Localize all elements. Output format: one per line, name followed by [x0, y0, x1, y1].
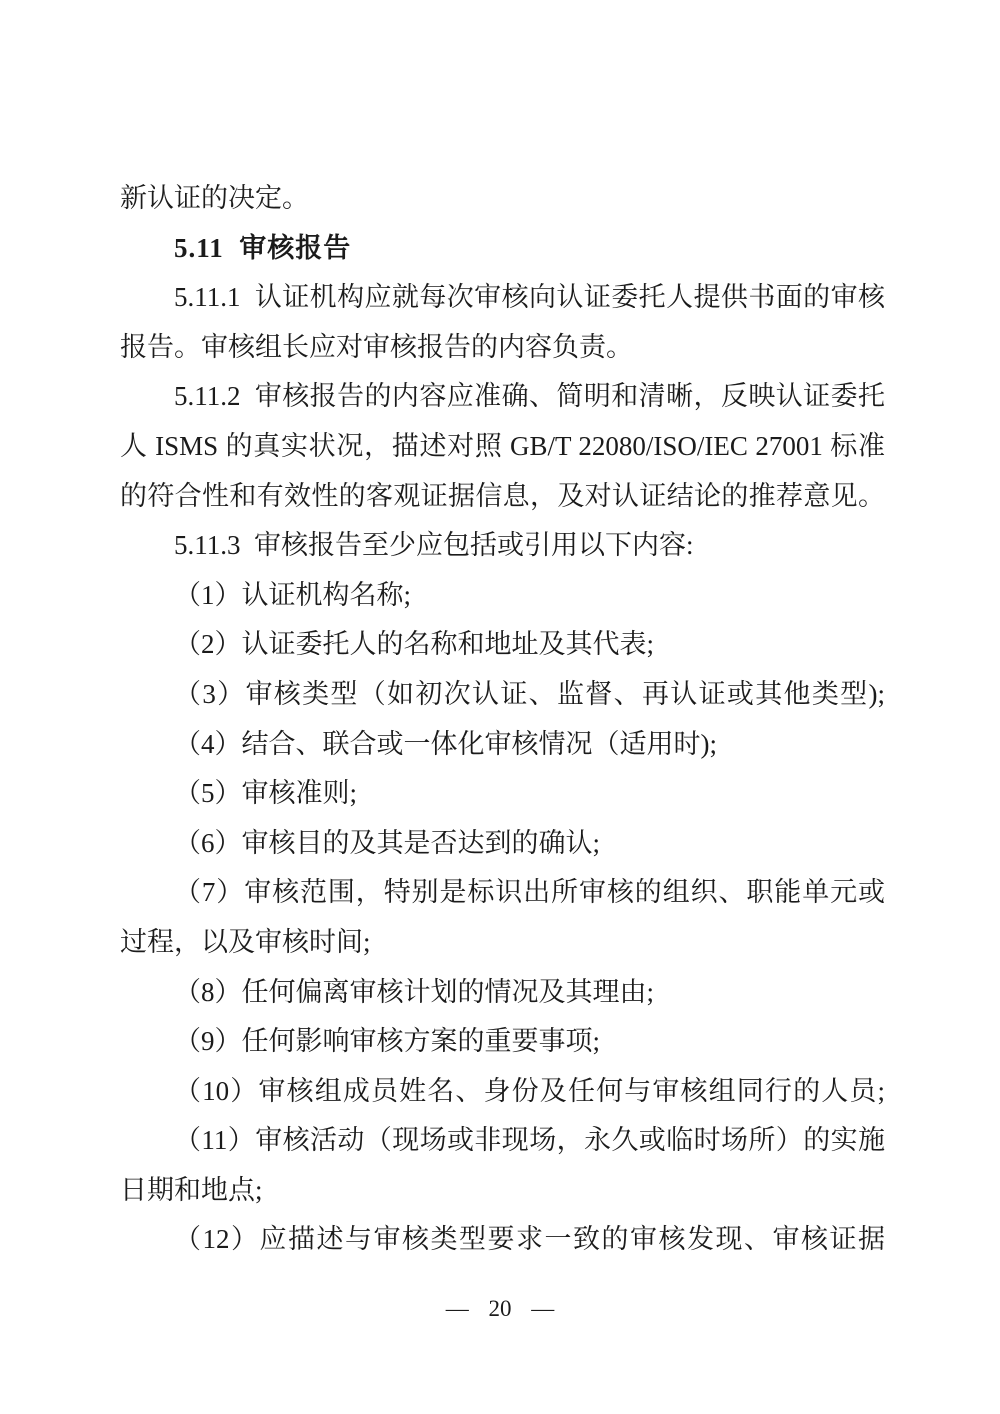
- text-line: （2）认证委托人的名称和地址及其代表;: [120, 620, 885, 670]
- section-heading: 5.11 审核报告: [120, 224, 885, 274]
- text-line: （6）审核目的及其是否达到的确认;: [120, 819, 885, 869]
- text-line: （12）应描述与审核类型要求一致的审核发现、审核证据（或: [120, 1215, 885, 1265]
- text-line: （9）任何影响审核方案的重要事项;: [120, 1017, 885, 1067]
- text-line: （3）审核类型（如初次认证、监督、再认证或其他类型);: [120, 670, 885, 720]
- text-line: 人 ISMS 的真实状况，描述对照 GB/T 22080/ISO/IEC 270…: [120, 422, 885, 472]
- text-line: （7）审核范围，特别是标识出所审核的组织、职能单元或: [120, 868, 885, 918]
- text-line: 新认证的决定。: [120, 174, 885, 224]
- document-body: 新认证的决定。5.11 审核报告5.11.1 认证机构应就每次审核向认证委托人提…: [120, 174, 885, 1265]
- page-number: — 20 —: [0, 1296, 1000, 1322]
- text-line: 报告。审核组长应对审核报告的内容负责。: [120, 323, 885, 373]
- text-line: 日期和地点;: [120, 1166, 885, 1216]
- text-line: （5）审核准则;: [120, 769, 885, 819]
- text-line: 5.11.2 审核报告的内容应准确、简明和清晰，反映认证委托: [120, 372, 885, 422]
- text-line: （11）审核活动（现场或非现场，永久或临时场所）的实施: [120, 1116, 885, 1166]
- text-line: （8）任何偏离审核计划的情况及其理由;: [120, 968, 885, 1018]
- text-line: 5.11.3 审核报告至少应包括或引用以下内容:: [120, 521, 885, 571]
- text-line: 的符合性和有效性的客观证据信息，及对认证结论的推荐意见。: [120, 472, 885, 522]
- text-line: 过程，以及审核时间;: [120, 918, 885, 968]
- text-line: （4）结合、联合或一体化审核情况（适用时);: [120, 720, 885, 770]
- document-page: 新认证的决定。5.11 审核报告5.11.1 认证机构应就每次审核向认证委托人提…: [0, 0, 1000, 1414]
- text-line: 5.11.1 认证机构应就每次审核向认证委托人提供书面的审核: [120, 273, 885, 323]
- text-line: （10）审核组成员姓名、身份及任何与审核组同行的人员;: [120, 1067, 885, 1117]
- text-line: （1）认证机构名称;: [120, 571, 885, 621]
